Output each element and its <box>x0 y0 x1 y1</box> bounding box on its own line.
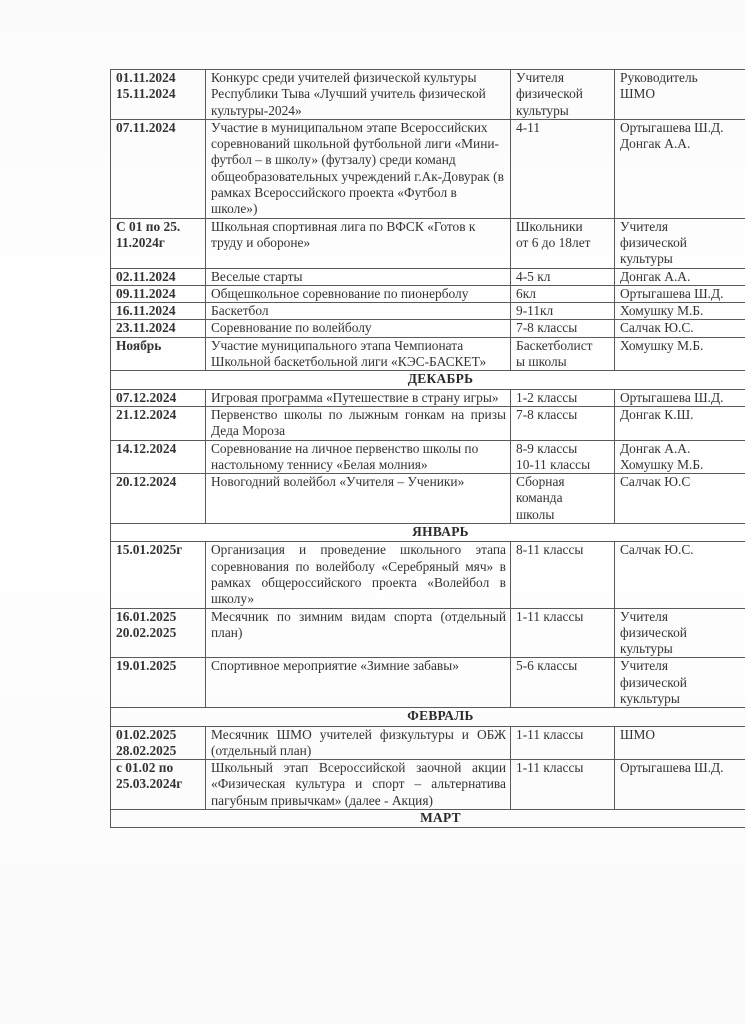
event-participants-line: 9-11кл <box>516 303 610 319</box>
month-header: МАРТ <box>111 810 745 828</box>
event-date-line: 23.11.2024 <box>116 320 201 336</box>
month-header-row: ЯНВАРЬ <box>111 524 745 542</box>
event-responsible-line: Ортыгашева Ш.Д. <box>620 760 745 776</box>
event-description: Соревнование по волейболу <box>211 320 372 335</box>
event-row: 07.11.2024 Участие в муниципальном этапе… <box>111 119 745 218</box>
event-row: Ноябрь Участие муниципального этапа Чемп… <box>111 337 745 371</box>
event-responsible-cell: Учителяфизическойкультуры <box>615 608 745 658</box>
event-participants-cell: 6кл <box>511 285 615 302</box>
event-date-line: 09.11.2024 <box>116 286 201 302</box>
event-responsible-cell: Хомушку М.Б. <box>615 337 745 371</box>
event-row: С 01 по 25.11.2024г Школьная спортивная … <box>111 218 745 268</box>
event-description-cell: Веселые старты <box>206 268 511 285</box>
month-header: ДЕКАБРЬ <box>111 371 745 389</box>
event-responsible-line: физической <box>620 235 745 251</box>
event-date-cell: 01.02.202528.02.2025 <box>111 726 206 760</box>
event-date-line: 15.11.2024 <box>116 86 201 102</box>
event-date-cell: 20.12.2024 <box>111 474 206 524</box>
event-participants-line: команда <box>516 490 610 506</box>
event-description-cell: Новогодний волейбол «Учителя – Ученики» <box>206 474 511 524</box>
event-description-cell: Общешкольное соревнование по пионерболу <box>206 285 511 302</box>
event-responsible-cell: Салчак Ю.С. <box>615 542 745 608</box>
event-date-line: 07.11.2024 <box>116 120 201 136</box>
month-header-row: МАРТ <box>111 810 745 828</box>
event-row: 16.01.202520.02.2025 Месячник по зимним … <box>111 608 745 658</box>
event-date-cell: 07.12.2024 <box>111 389 206 406</box>
event-responsible-line: кукльтуры <box>620 691 745 707</box>
event-date-line: с 01.02 по <box>116 760 201 776</box>
event-description: Новогодний волейбол «Учителя – Ученики» <box>211 474 464 489</box>
event-row: 15.01.2025г Организация и проведение шко… <box>111 542 745 608</box>
event-row: 20.12.2024 Новогодний волейбол «Учителя … <box>111 474 745 524</box>
event-participants-cell: 9-11кл <box>511 303 615 320</box>
event-participants-line: 8-9 классы <box>516 441 610 457</box>
event-participants-line: 1-11 классы <box>516 609 610 625</box>
event-responsible-cell: Донгак А.А.Хомушку М.Б. <box>615 440 745 474</box>
event-date-line: С 01 по 25. <box>116 219 201 235</box>
event-description-cell: Конкурс среди учителей физической культу… <box>206 70 511 120</box>
event-participants-cell: 1-11 классы <box>511 760 615 810</box>
event-responsible-line: Учителя <box>620 219 745 235</box>
event-participants-line: 7-8 классы <box>516 320 610 336</box>
event-participants-line: 1-2 классы <box>516 390 610 406</box>
event-responsible-line: Руководитель <box>620 70 745 86</box>
event-date-line: 28.02.2025 <box>116 743 201 759</box>
event-participants-line: Школьники <box>516 219 610 235</box>
event-participants-cell: Учителяфизическойкультуры <box>511 70 615 120</box>
event-date-cell: 16.11.2024 <box>111 303 206 320</box>
event-date-line: 01.02.2025 <box>116 727 201 743</box>
event-responsible-cell: Салчак Ю.С <box>615 474 745 524</box>
event-date-line: 20.02.2025 <box>116 625 201 641</box>
event-date-cell: 01.11.202415.11.2024 <box>111 70 206 120</box>
event-description-cell: Первенство школы по лыжным гонкам на при… <box>206 406 511 440</box>
event-row: 02.11.2024 Веселые старты 4-5 кл Донгак … <box>111 268 745 285</box>
event-description: Организация и проведение школьного этапа… <box>211 542 506 606</box>
event-responsible-line: Донгак К.Ш. <box>620 407 745 423</box>
event-date-line: Ноябрь <box>116 338 201 354</box>
event-date-line: 01.11.2024 <box>116 70 201 86</box>
event-participants-line: физической <box>516 86 610 102</box>
event-description-cell: Месячник по зимним видам спорта (отдельн… <box>206 608 511 658</box>
event-description: Конкурс среди учителей физической культу… <box>211 70 486 118</box>
month-header: ЯНВАРЬ <box>111 524 745 542</box>
event-date-line: 16.01.2025 <box>116 609 201 625</box>
event-responsible-line: ШМО <box>620 86 745 102</box>
event-participants-line: Учителя <box>516 70 610 86</box>
event-row: 07.12.2024 Игровая программа «Путешестви… <box>111 389 745 406</box>
events-plan-table: 01.11.202415.11.2024 Конкурс среди учите… <box>110 69 745 828</box>
event-description: Общешкольное соревнование по пионерболу <box>211 286 468 301</box>
event-responsible-line: Хомушку М.Б. <box>620 303 745 319</box>
event-participants-line: Сборная <box>516 474 610 490</box>
event-responsible-cell: Донгак К.Ш. <box>615 406 745 440</box>
event-row: 14.12.2024 Соревнование на личное первен… <box>111 440 745 474</box>
event-description: Месячник по зимним видам спорта (отдельн… <box>211 609 506 640</box>
event-date-cell: С 01 по 25.11.2024г <box>111 218 206 268</box>
event-responsible-cell: Учителяфизическойкукльтуры <box>615 658 745 708</box>
event-description-cell: Баскетбол <box>206 303 511 320</box>
event-date-line: 20.12.2024 <box>116 474 201 490</box>
event-responsible-cell: Ортыгашева Ш.Д. <box>615 389 745 406</box>
event-responsible-line: Учителя <box>620 609 745 625</box>
event-description: Школьная спортивная лига по ВФСК «Готов … <box>211 219 475 250</box>
event-date-cell: 21.12.2024 <box>111 406 206 440</box>
event-participants-line: от 6 до 18лет <box>516 235 610 251</box>
event-date-line: 16.11.2024 <box>116 303 201 319</box>
event-participants-line: 8-11 классы <box>516 542 610 558</box>
event-description: Баскетбол <box>211 303 269 318</box>
event-date-line: 19.01.2025 <box>116 658 201 674</box>
event-participants-cell: 7-8 классы <box>511 320 615 337</box>
event-participants-cell: 1-11 классы <box>511 726 615 760</box>
month-header-row: ФЕВРАЛЬ <box>111 708 745 726</box>
event-participants-line: 10-11 классы <box>516 457 610 473</box>
event-row: 09.11.2024 Общешкольное соревнование по … <box>111 285 745 302</box>
event-row: 16.11.2024 Баскетбол 9-11кл Хомушку М.Б. <box>111 303 745 320</box>
event-participants-line: 4-11 <box>516 120 610 136</box>
event-description: Месячник ШМО учителей физкультуры и ОБЖ … <box>211 727 506 758</box>
event-date-line: 02.11.2024 <box>116 269 201 285</box>
event-description: Веселые старты <box>211 269 303 284</box>
event-participants-line: Баскетболист <box>516 338 610 354</box>
event-responsible-line: Салчак Ю.С <box>620 474 745 490</box>
event-responsible-line: Салчак Ю.С. <box>620 320 745 336</box>
event-responsible-line: Донгак А.А. <box>620 441 745 457</box>
event-participants-line: 1-11 классы <box>516 760 610 776</box>
event-participants-line: 4-5 кл <box>516 269 610 285</box>
event-date-line: 25.03.2024г <box>116 776 201 792</box>
event-description-cell: Участие муниципального этапа Чемпионата … <box>206 337 511 371</box>
event-responsible-line: культуры <box>620 251 745 267</box>
event-responsible-line: Учителя <box>620 658 745 674</box>
event-participants-cell: 8-11 классы <box>511 542 615 608</box>
event-responsible-cell: Салчак Ю.С. <box>615 320 745 337</box>
event-description-cell: Школьная спортивная лига по ВФСК «Готов … <box>206 218 511 268</box>
event-participants-cell: Сборнаякомандашколы <box>511 474 615 524</box>
event-responsible-line: ШМО <box>620 727 745 743</box>
event-responsible-cell: Ортыгашева Ш.Д.Донгак А.А. <box>615 119 745 218</box>
event-date-cell: 09.11.2024 <box>111 285 206 302</box>
event-date-cell: 07.11.2024 <box>111 119 206 218</box>
event-date-line: 21.12.2024 <box>116 407 201 423</box>
event-responsible-line: Донгак А.А. <box>620 269 745 285</box>
event-responsible-cell: Хомушку М.Б. <box>615 303 745 320</box>
event-description: Спортивное мероприятие «Зимние забавы» <box>211 658 459 673</box>
event-participants-cell: 4-11 <box>511 119 615 218</box>
event-row: 01.02.202528.02.2025 Месячник ШМО учител… <box>111 726 745 760</box>
event-description-cell: Соревнование на личное первенство школы … <box>206 440 511 474</box>
event-participants-line: 1-11 классы <box>516 727 610 743</box>
event-description: Первенство школы по лыжным гонкам на при… <box>211 407 506 438</box>
event-date-cell: с 01.02 по25.03.2024г <box>111 760 206 810</box>
event-row: 19.01.2025 Спортивное мероприятие «Зимни… <box>111 658 745 708</box>
event-date-cell: 15.01.2025г <box>111 542 206 608</box>
event-date-cell: 02.11.2024 <box>111 268 206 285</box>
month-header-row: ДЕКАБРЬ <box>111 371 745 389</box>
event-participants-line: 5-6 классы <box>516 658 610 674</box>
event-date-cell: Ноябрь <box>111 337 206 371</box>
event-date-line: 11.2024г <box>116 235 201 251</box>
event-date-cell: 14.12.2024 <box>111 440 206 474</box>
event-responsible-line: Ортыгашева Ш.Д. <box>620 390 745 406</box>
event-date-cell: 16.01.202520.02.2025 <box>111 608 206 658</box>
event-participants-cell: Школьникиот 6 до 18лет <box>511 218 615 268</box>
event-date-line: 15.01.2025г <box>116 542 201 558</box>
event-participants-cell: 1-11 классы <box>511 608 615 658</box>
event-participants-cell: 5-6 классы <box>511 658 615 708</box>
event-participants-cell: 1-2 классы <box>511 389 615 406</box>
event-participants-line: школы <box>516 507 610 523</box>
event-participants-cell: 4-5 кл <box>511 268 615 285</box>
event-responsible-cell: Донгак А.А. <box>615 268 745 285</box>
event-row: 21.12.2024 Первенство школы по лыжным го… <box>111 406 745 440</box>
event-participants-cell: Баскетболисты школы <box>511 337 615 371</box>
event-description-cell: Соревнование по волейболу <box>206 320 511 337</box>
event-date-cell: 23.11.2024 <box>111 320 206 337</box>
event-description-cell: Месячник ШМО учителей физкультуры и ОБЖ … <box>206 726 511 760</box>
event-responsible-line: культуры <box>620 641 745 657</box>
event-participants-line: 7-8 классы <box>516 407 610 423</box>
event-description: Школьный этап Всероссийской заочной акци… <box>211 760 506 808</box>
event-row: с 01.02 по25.03.2024г Школьный этап Всер… <box>111 760 745 810</box>
event-participants-line: ы школы <box>516 354 610 370</box>
event-date-cell: 19.01.2025 <box>111 658 206 708</box>
event-participants-line: культуры <box>516 103 610 119</box>
event-description-cell: Участие в муниципальном этапе Всероссийс… <box>206 119 511 218</box>
event-responsible-line: Ортыгашева Ш.Д. <box>620 286 745 302</box>
event-participants-line: 6кл <box>516 286 610 302</box>
event-description: Участие муниципального этапа Чемпионата … <box>211 338 486 369</box>
event-description: Игровая программа «Путешествие в страну … <box>211 390 499 405</box>
event-participants-cell: 7-8 классы <box>511 406 615 440</box>
event-date-line: 07.12.2024 <box>116 390 201 406</box>
event-responsible-cell: Ортыгашева Ш.Д. <box>615 760 745 810</box>
event-description-cell: Игровая программа «Путешествие в страну … <box>206 389 511 406</box>
event-row: 01.11.202415.11.2024 Конкурс среди учите… <box>111 70 745 120</box>
event-description: Соревнование на личное первенство школы … <box>211 441 478 472</box>
event-responsible-line: Хомушку М.Б. <box>620 338 745 354</box>
event-description: Участие в муниципальном этапе Всероссийс… <box>211 120 504 216</box>
month-header: ФЕВРАЛЬ <box>111 708 745 726</box>
event-responsible-line: Салчак Ю.С. <box>620 542 745 558</box>
event-row: 23.11.2024 Соревнование по волейболу 7-8… <box>111 320 745 337</box>
event-responsible-cell: ШМО <box>615 726 745 760</box>
event-description-cell: Организация и проведение школьного этапа… <box>206 542 511 608</box>
event-responsible-cell: РуководительШМО <box>615 70 745 120</box>
event-responsible-line: Донгак А.А. <box>620 136 745 152</box>
event-description-cell: Спортивное мероприятие «Зимние забавы» <box>206 658 511 708</box>
events-plan-body: 01.11.202415.11.2024 Конкурс среди учите… <box>111 70 745 828</box>
event-responsible-line: Ортыгашева Ш.Д. <box>620 120 745 136</box>
event-description-cell: Школьный этап Всероссийской заочной акци… <box>206 760 511 810</box>
event-responsible-line: Хомушку М.Б. <box>620 457 745 473</box>
event-responsible-cell: Ортыгашева Ш.Д. <box>615 285 745 302</box>
event-date-line: 14.12.2024 <box>116 441 201 457</box>
event-responsible-cell: Учителяфизическойкультуры <box>615 218 745 268</box>
event-participants-cell: 8-9 классы10-11 классы <box>511 440 615 474</box>
event-responsible-line: физической <box>620 625 745 641</box>
event-responsible-line: физической <box>620 675 745 691</box>
